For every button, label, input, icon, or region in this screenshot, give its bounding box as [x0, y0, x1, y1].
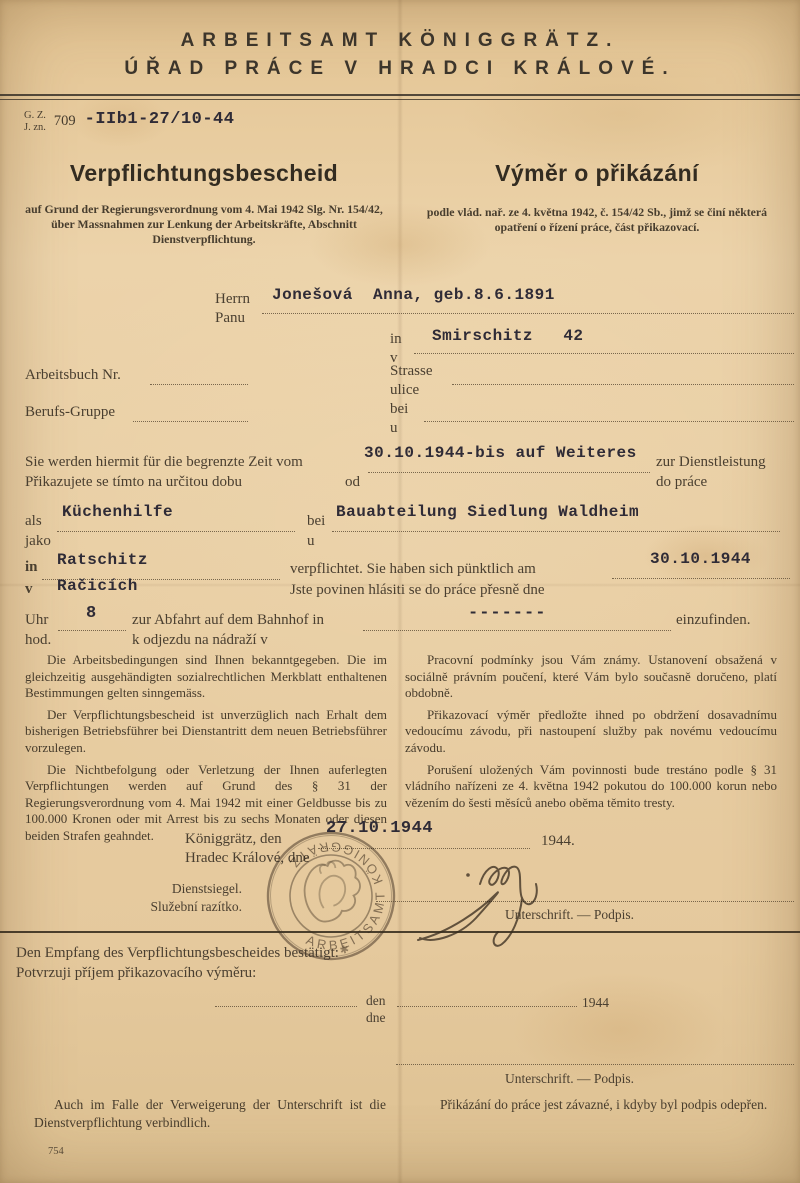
- section-rule: [0, 931, 800, 933]
- strasse-label-de: Strasse: [390, 362, 433, 381]
- dotted-line: [150, 383, 248, 385]
- uhr-label-de: Uhr: [25, 611, 48, 630]
- als-label-cs: jako: [25, 532, 51, 551]
- period-od-label: od: [345, 473, 360, 492]
- dotted-line: [452, 383, 794, 385]
- bei-label-cs: u: [390, 419, 408, 438]
- place-value-cs: Račicích: [57, 577, 138, 595]
- title-czech: Výměr o přikázání: [418, 160, 776, 187]
- dotted-line: [414, 352, 794, 354]
- oblige-label-de: verpflichtet. Sie haben sich pünktlich a…: [290, 560, 536, 579]
- period-suffix-de: zur Dienstleistung: [656, 453, 766, 472]
- reference-number-block: G. Z. J. zn. 709 -IIb1-27/10-44: [24, 110, 234, 134]
- dotted-line: [424, 420, 794, 422]
- als-label-de: als: [25, 512, 42, 531]
- dotted-line: [368, 471, 650, 473]
- footer-note-cs-text: Přikázání do práce jest závazné, i kdyby…: [420, 1096, 778, 1114]
- signature: [410, 840, 640, 960]
- berufsgruppe-label: Berufs-Gruppe: [25, 403, 115, 422]
- bei-label-de: bei: [390, 400, 408, 419]
- place-label-de: in: [25, 558, 38, 577]
- letterhead-line-de: ARBEITSAMT KÖNIGGRÄTZ.: [0, 30, 800, 52]
- svg-text:ARBEITSAMT KÖNIGGRÄTZ: ARBEITSAMT KÖNIGGRÄTZ: [280, 827, 400, 960]
- period-suffix-cs: do práce: [656, 473, 707, 492]
- receipt-confirm-de: Den Empfang des Verpflichtungsbescheides…: [16, 944, 339, 963]
- strasse-label: Strasse ulice: [390, 362, 433, 400]
- period-label-cs: Přikazujete se tímto na určitou dobu: [25, 473, 242, 492]
- einzufinden-label: einzufinden.: [676, 611, 751, 630]
- dotted-line: [58, 629, 126, 631]
- paragraph-de-2: Der Verpflichtungsbescheid ist unverzügl…: [25, 707, 387, 757]
- bei2-label-de: bei: [307, 512, 325, 531]
- document-sheet: ARBEITSAMT KÖNIGGRÄTZ. ÚŘAD PRÁCE V HRAD…: [0, 0, 800, 1183]
- conditions-column-czech: Pracovní podmínky jsou Vám známy. Ustano…: [405, 652, 777, 816]
- strasse-label-cs: ulice: [390, 381, 433, 400]
- letterhead-line-cs: ÚŘAD PRÁCE V HRADCI KRÁLOVÉ.: [0, 58, 800, 80]
- title-german: Verpflichtungsbescheid: [25, 160, 383, 187]
- bahnhof-value: -------: [468, 604, 546, 623]
- paragraph-cs-3: Porušení uložených Vám povinnosti bude t…: [405, 762, 777, 812]
- bei2-label-cs: u: [307, 532, 315, 551]
- dotted-line: [262, 312, 794, 314]
- footer-note-german: Auch im Falle der Verweigerung der Unter…: [34, 1096, 386, 1131]
- bei2-value: Bauabteilung Siedlung Waldheim: [336, 503, 639, 521]
- subtitle-german: auf Grund der Regierungsverordnung vom 4…: [25, 202, 383, 247]
- seal-label-cs: Služební razítko.: [130, 898, 242, 915]
- footer-note-czech: Přikázání do práce jest závazné, i kdyby…: [420, 1096, 778, 1114]
- receipt-den-label-cs: dne: [366, 1009, 386, 1026]
- dotted-line: [397, 1005, 577, 1007]
- ref-printed-number: 709: [54, 113, 76, 130]
- ref-typed-number: -IIb1-27/10-44: [85, 110, 235, 129]
- bahnhof-label-cs: k odjezdu na nádraží v: [132, 631, 268, 650]
- oblige-label-cs: Jste povinen hlásiti se do práce přesně …: [290, 581, 545, 600]
- footer-note-de-text: Auch im Falle der Verweigerung der Unter…: [34, 1096, 386, 1131]
- receipt-den-label-de: den: [366, 992, 386, 1009]
- receipt-confirm-cs: Potvrzuji příjem přikazovacího výměru:: [16, 964, 256, 983]
- addressee-label-de: Herrn: [215, 290, 250, 309]
- ref-label-de: G. Z.: [24, 110, 46, 122]
- uhr-value: 8: [86, 604, 97, 623]
- oblige-date-value: 30.10.1944: [650, 550, 751, 568]
- paragraph-de-1: Die Arbeitsbedingungen sind Ihnen bekann…: [25, 652, 387, 702]
- addressee-label: Herrn Panu: [215, 290, 250, 328]
- signature-label-bottom: Unterschrift. — Podpis.: [505, 1070, 634, 1087]
- uhr-label-cs: hod.: [25, 631, 51, 650]
- addressee-value: Jonešová Anna, geb.8.6.1891: [272, 286, 555, 304]
- receipt-year: 1944: [582, 994, 609, 1011]
- stamp-text: ARBEITSAMT KÖNIGGRÄTZ: [280, 827, 400, 960]
- bei-label: bei u: [390, 400, 408, 438]
- place-value-de: Ratschitz: [57, 551, 148, 569]
- dotted-line: [363, 629, 671, 631]
- paragraph-cs-1: Pracovní podmínky jsou Vám známy. Ustano…: [405, 652, 777, 702]
- period-label-de: Sie werden hiermit für die begrenzte Zei…: [25, 453, 303, 472]
- ref-label-cs: J. zn.: [24, 122, 46, 134]
- form-number: 754: [48, 1146, 64, 1157]
- stamp-lion-emblem: [298, 856, 367, 925]
- dotted-line: [133, 420, 248, 422]
- place-label-cs: v: [25, 580, 33, 599]
- paragraph-cs-2: Přikazovací výměr předložte ihned po obd…: [405, 707, 777, 757]
- bahnhof-label-de: zur Abfahrt auf dem Bahnhof in: [132, 611, 324, 630]
- in-label-de: in: [390, 330, 402, 349]
- dotted-line: [57, 530, 295, 532]
- dotted-line: [332, 530, 780, 532]
- seal-label-de: Dienstsiegel.: [130, 880, 242, 897]
- als-value: Küchenhilfe: [62, 503, 173, 521]
- dotted-line: [215, 1005, 357, 1007]
- header-double-rule: [0, 94, 800, 100]
- period-value: 30.10.1944-bis auf Weiteres: [364, 444, 637, 462]
- arbeitsbuch-label: Arbeitsbuch Nr.: [25, 366, 121, 385]
- in-value: Smirschitz 42: [432, 327, 584, 345]
- dotted-line: [612, 577, 790, 579]
- subtitle-czech: podle vlád. nař. ze 4. května 1942, č. 1…: [418, 205, 776, 235]
- signature-label-top: Unterschrift. — Podpis.: [505, 906, 634, 923]
- addressee-label-cs: Panu: [215, 309, 250, 328]
- dotted-line: [396, 1063, 794, 1065]
